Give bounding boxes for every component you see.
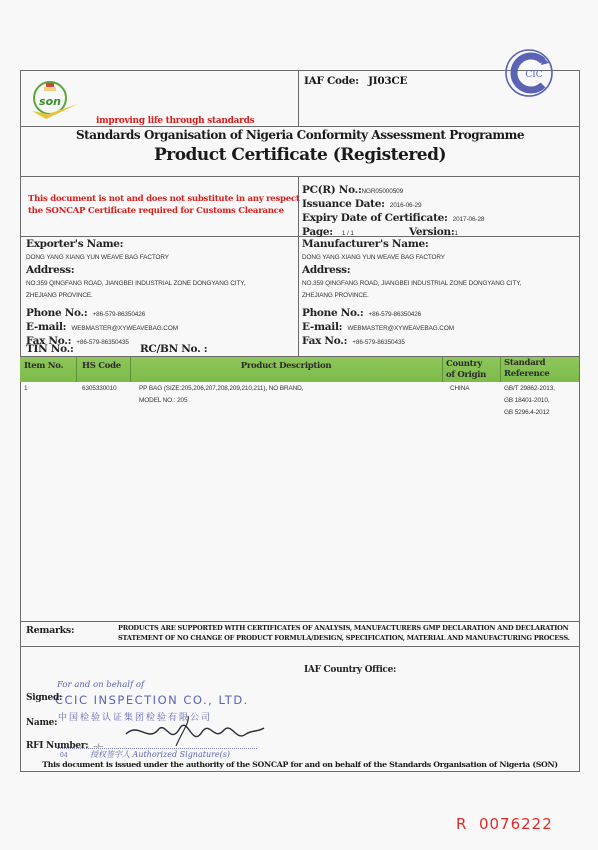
row-item-no: 1 — [24, 385, 27, 392]
authority-statement: This document is issued under the author… — [20, 760, 580, 769]
version: Version:1 — [409, 220, 458, 239]
remarks-label: Remarks: — [26, 625, 74, 636]
stamp-for-behalf: For and on behalf of — [57, 680, 144, 690]
certificate-title: Product Certificate (Registered) — [20, 145, 580, 165]
son-logo: son — [28, 78, 80, 122]
serial-number: R 0076222 — [456, 815, 553, 833]
divider — [20, 126, 580, 127]
tagline: improving life through standards — [96, 116, 254, 126]
name-label: Name: — [26, 718, 57, 728]
exporter-name-label: Exporter's Name: — [26, 238, 123, 250]
programme-title: Standards Organisation of Nigeria Confor… — [20, 128, 580, 142]
exporter-address-line-2: ZHEJIANG PROVINCE. — [26, 292, 93, 299]
stamp-authorized-signature: 授权签字人 Authorized Signature(s) — [90, 749, 230, 760]
column-standard-reference: Standard Reference — [504, 358, 550, 380]
divider — [20, 621, 580, 622]
iaf-code: IAF Code: JI03CE — [304, 75, 407, 87]
notice-line-1: This document is not and does not substi… — [28, 194, 300, 204]
manufacturer-fax: Fax No.: +86-579-86350435 — [302, 329, 405, 348]
iaf-code-value: JI03CE — [368, 75, 407, 87]
exporter-address-label: Address: — [26, 264, 74, 276]
divider — [298, 70, 299, 126]
rcbn-label: RC/BN No. : — [140, 343, 207, 355]
manufacturer-name: DONG YANG XIANG YUN WEAVE BAG FACTORY — [302, 254, 445, 261]
row-standard-2: GB 18401-2010, — [504, 397, 550, 404]
tin-label: TIN No.: — [26, 343, 74, 355]
column-description: Product Description — [130, 361, 442, 372]
divider — [20, 176, 580, 177]
column-item-no: Item No. — [24, 361, 63, 372]
row-description-line-1: PP BAG (SIZE:205,206,207,208,209,210,211… — [139, 385, 303, 392]
stamp-company-name: CCIC INSPECTION CO., LTD. — [55, 693, 249, 707]
exporter-address-line-1: NO.359 QINGFANG ROAD, JIANGBEI INDUSTRIA… — [26, 280, 245, 287]
divider — [442, 357, 443, 382]
page-number: Page: 1 / 1 — [302, 220, 354, 239]
svg-text:son: son — [39, 95, 61, 108]
notice-line-2: the SONCAP Certificate required for Cust… — [28, 206, 284, 216]
svg-text:CIC: CIC — [525, 70, 542, 80]
divider — [20, 236, 580, 237]
manufacturer-address-line-1: NO.359 QINGFANG ROAD, JIANGBEI INDUSTRIA… — [302, 280, 521, 287]
row-standard-3: GB 5296.4-2012 — [504, 409, 550, 416]
iaf-country-office-label: IAF Country Office: — [304, 665, 396, 675]
remarks-line-1: PRODUCTS ARE SUPPORTED WITH CERTIFICATES… — [118, 624, 568, 632]
divider — [76, 357, 77, 382]
divider — [20, 646, 580, 647]
row-hs-code: 6305330010 — [82, 385, 117, 392]
remarks-line-2: STATEMENT OF NO CHANGE OF PRODUCT FORMUL… — [118, 634, 570, 642]
divider — [500, 357, 501, 382]
manufacturer-address-label: Address: — [302, 264, 350, 276]
row-description-line-2: MODEL NO.: 205 — [139, 397, 187, 404]
handwritten-signature — [118, 712, 268, 752]
signed-label: Signed: — [26, 693, 62, 703]
column-country-of-origin: Country of Origin — [446, 359, 486, 381]
row-standard-1: GB/T 29862-2013, — [504, 385, 555, 392]
cic-logo: CIC — [503, 47, 555, 99]
iaf-code-label: IAF Code: — [304, 75, 359, 87]
manufacturer-name-label: Manufacturer's Name: — [302, 238, 429, 250]
column-hs-code: HS Code — [82, 361, 121, 372]
row-country: CHINA — [450, 385, 469, 392]
stamp-number: 04 — [60, 752, 68, 759]
manufacturer-address-line-2: ZHEJIANG PROVINCE. — [302, 292, 369, 299]
exporter-name: DONG YANG XIANG YUN WEAVE BAG FACTORY — [26, 254, 169, 261]
